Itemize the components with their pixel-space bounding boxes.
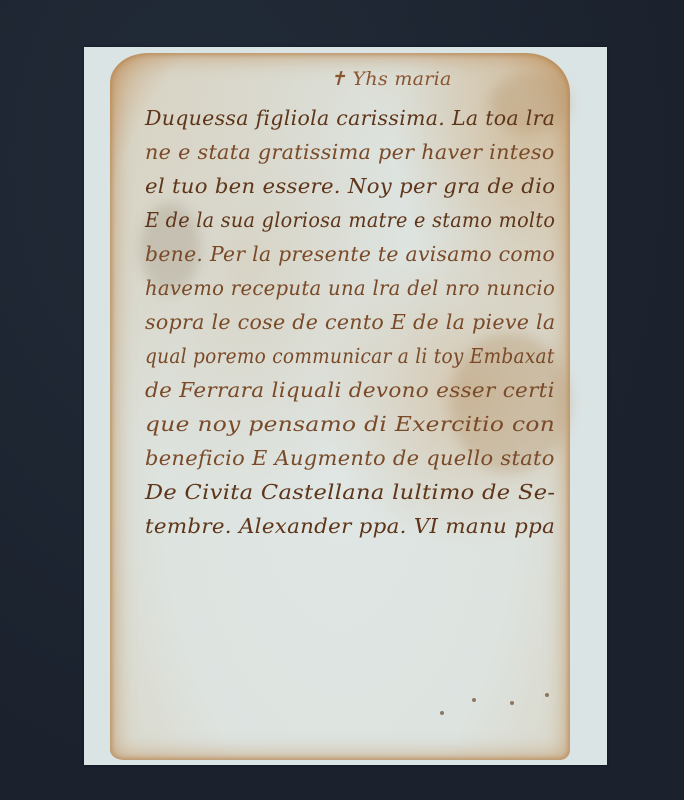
letter-line: ne e stata gratissima per haver inteso [145,142,555,163]
letter-line: Duquessa figliola carissima. La toa lra [145,108,555,129]
letter-line: De Civita Castellana lultimo de Se- [145,482,555,503]
letter-line: E de la sua gloriosa matre e stamo molto [145,210,555,231]
letter-line: havemo receputa una lra del nro nuncio [145,278,555,299]
letter-line: que noy pensamo di Exercitio con [145,414,555,435]
letter-line: beneficio E Augmento de quello stato [145,448,555,469]
letter-line: el tuo ben essere. Noy per gra de dio [145,176,555,197]
letter-line: qual poremo communicar a li toy Embaxat [145,346,555,367]
letter-line: bene. Per la presente te avisamo como [145,244,555,265]
signature-line: tembre. Alexander ppa. VI manu ppa [145,516,555,537]
letter-line: de Ferrara liquali devono esser certi [145,380,555,401]
letter-line: sopra le cose de cento E de la pieve la [145,312,555,333]
invocation-heading: ✝ Yhs maria [330,68,452,90]
photograph-backdrop: ✝ Yhs maria Duquessa figliola carissima.… [0,0,684,800]
